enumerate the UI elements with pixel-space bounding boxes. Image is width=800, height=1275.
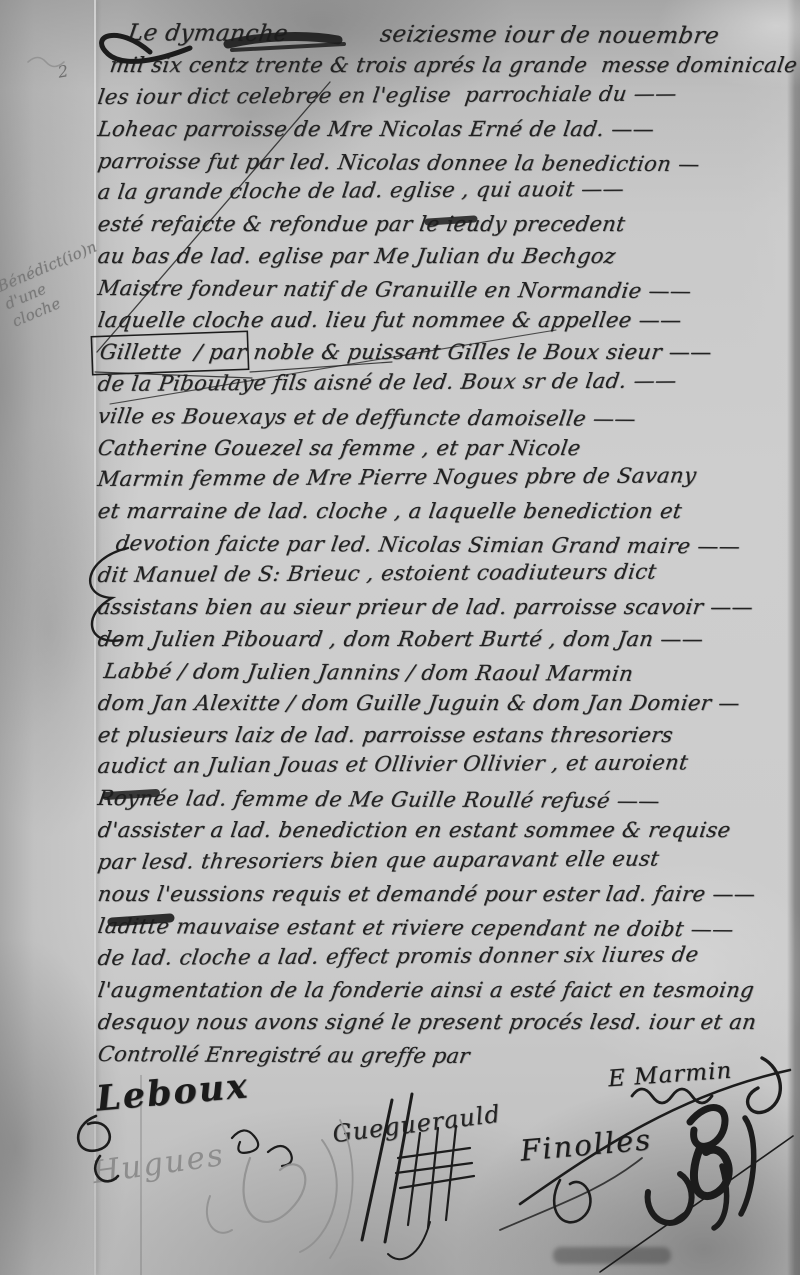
manuscript-line: ville es Bouexays et de deffuncte damois… <box>96 401 794 437</box>
pencil-scribble <box>244 1158 306 1222</box>
manuscript-line: a la grande cloche de lad. eglise , qui … <box>96 173 795 209</box>
notary-paraph-crosshatch <box>396 1148 474 1188</box>
manuscript-text-column: Le dymanche seiziesme iour de nouembre m… <box>96 18 790 1070</box>
manuscript-line: desquoy nous avons signé le present proc… <box>96 1007 794 1039</box>
marmin-underscrawl <box>632 1089 712 1103</box>
manuscript-line: Maistre fondeur natif de Granuille en No… <box>96 273 794 309</box>
manuscript-line: Loheac parroisse de Mre Nicolas Erné de … <box>96 114 794 146</box>
margin-note-benediction: Bénédict(io)n d'une cloche <box>0 242 105 332</box>
manuscript-line: par lesd. thresoriers bien que auparavan… <box>96 843 795 879</box>
manuscript-page: Bénédict(io)n d'une cloche 2 Le dymanche… <box>0 0 800 1275</box>
manuscript-line: d'assister a lad. benediction en estant … <box>96 815 794 847</box>
margin-mark: 2 <box>56 61 69 81</box>
manuscript-line: de la Piboulaye fils aisné de led. Boux … <box>96 365 795 401</box>
manuscript-line: nous l'eussions requis et demandé pour e… <box>96 879 794 911</box>
line-remainder: / par noble & puissant Gilles le Boux si… <box>186 340 713 364</box>
manuscript-line: et marraine de lad. cloche , a laquelle … <box>96 496 794 528</box>
manuscript-line: l'augmentation de la fonderie ainsi a es… <box>96 975 794 1007</box>
manuscript-line: audict an Julian Jouas et Ollivier Olliv… <box>96 747 795 783</box>
signature-gueguerauld: Gueguerauld <box>331 1100 502 1148</box>
manuscript-line: Marmin femme de Mre Pierre Nogues pbre d… <box>96 460 795 496</box>
manuscript-line-bell-name: Gillette / par noble & puissant Gilles l… <box>96 337 794 369</box>
leboux-paraph <box>232 1130 292 1166</box>
sweeping-flourish <box>500 1158 642 1230</box>
manuscript-line: assistans bien au sieur prieur de lad. p… <box>96 592 794 624</box>
manuscript-line: Labbé / dom Julien Jannins / dom Raoul M… <box>96 656 794 692</box>
signature-hugues-faint: Hugues <box>90 1137 227 1191</box>
signature-finolles: Finolles <box>519 1122 654 1167</box>
manuscript-line: au bas de lad. eglise par Me Julian du B… <box>96 241 794 273</box>
boxed-bell-name: Gillette <box>96 337 190 369</box>
manuscript-line: dom Jan Alexitte / dom Guille Juguin & d… <box>96 688 794 720</box>
manuscript-line: laquelle cloche aud. lieu fut nommee & a… <box>96 305 794 337</box>
ink-blob <box>690 1108 725 1147</box>
manuscript-line: dit Manuel de S: Brieuc , estoient coadi… <box>96 556 795 592</box>
manuscript-line: les iour dict celebree en l'eglise parro… <box>96 78 795 114</box>
manuscript-line: Roynée lad. femme de Me Guille Roullé re… <box>96 783 794 819</box>
manuscript-line: Le dymanche seiziesme iour de nouembre <box>96 18 794 54</box>
notary-paraph-crosshatch <box>408 1126 456 1228</box>
manuscript-line: de lad. cloche a lad. effect promis donn… <box>96 939 795 975</box>
manuscript-line: dom Julien Pibouard , dom Robert Burté ,… <box>96 624 794 656</box>
notary-paraph-tail <box>388 1222 430 1259</box>
ink-bleed-smudge <box>553 1247 671 1264</box>
manuscript-line: esté refaicte & refondue par le ieudy pr… <box>96 209 794 241</box>
ink-blob <box>694 1148 729 1196</box>
manuscript-line: mil six centz trente & trois aprés la gr… <box>96 50 794 82</box>
ink-blob <box>648 1174 692 1223</box>
pencil-scribble <box>207 1140 337 1252</box>
signature-leboux: Leboux <box>95 1065 251 1119</box>
ink-blob <box>714 1118 754 1228</box>
finolles-loop <box>554 1180 590 1222</box>
